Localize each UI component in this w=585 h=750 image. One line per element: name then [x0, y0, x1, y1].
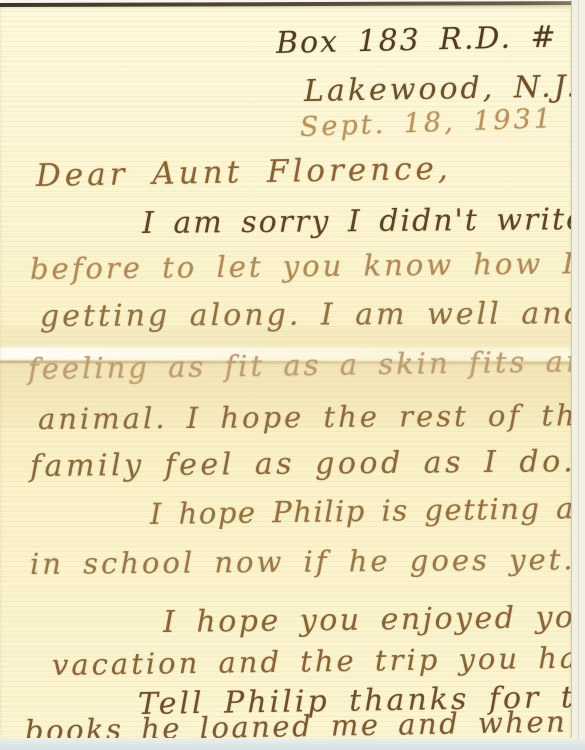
scan-right-edge [571, 0, 585, 750]
body-line: before to let you know how I am [30, 246, 585, 286]
body-line: I hope you enjoyed your [163, 599, 585, 640]
body-line: family feel as good as I do. [30, 444, 577, 484]
body-line: I am sorry I didn't write [142, 202, 585, 241]
paper-right-edge-line [578, 0, 579, 750]
letter-scan: Box 183 R.D. # 2 Lakewood, N.J. Sept. 18… [0, 0, 585, 750]
scan-bottom-edge [0, 738, 585, 750]
body-line: getting along. I am well and [40, 296, 585, 334]
body-line: animal. I hope the rest of the [38, 398, 585, 436]
body-line: I hope Philip is getting along [150, 490, 585, 531]
salutation-line: Dear Aunt Florence, [36, 151, 452, 194]
return-address-line-1: Box 183 R.D. # 2 [276, 19, 585, 61]
body-line: in school now if he goes yet. [30, 542, 576, 581]
